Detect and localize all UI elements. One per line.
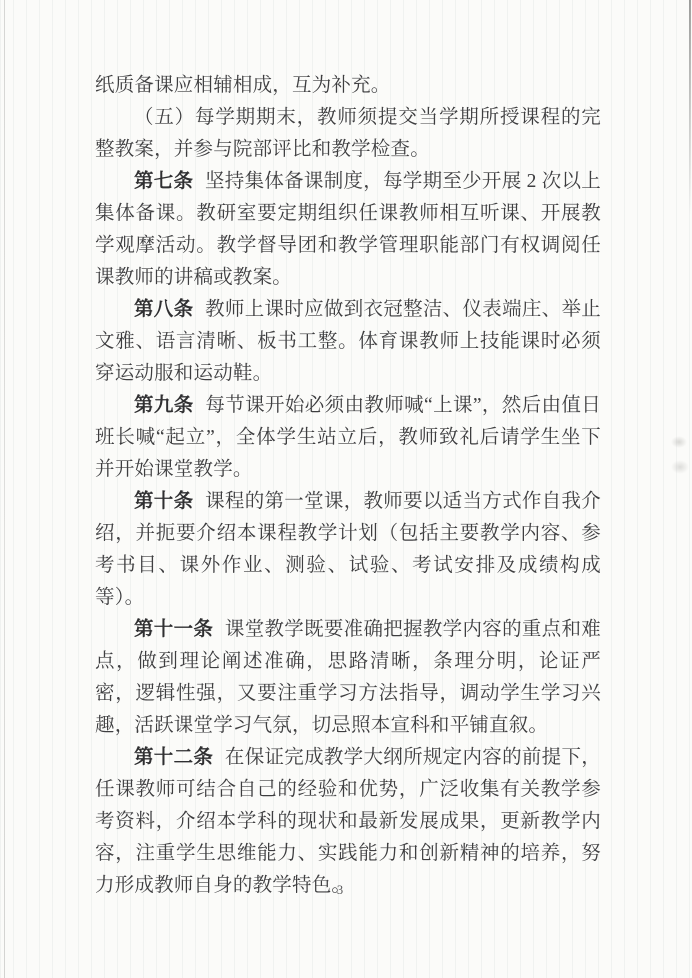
article-number: 第七条	[134, 171, 193, 192]
article-number: 第十二条	[134, 747, 213, 768]
paragraph: （五）每学期期末，教师须提交当学期所授课程的完整教案，并参与院部评比和教学检查。	[95, 102, 601, 166]
paragraph-text: （五）每学期期末，教师须提交当学期所授课程的完整教案，并参与院部评比和教学检查。	[95, 107, 601, 160]
scan-smudge	[671, 436, 687, 448]
paragraph: 第十条课程的第一堂课，教师要以适当方式作自我介绍，并扼要介绍本课程教学计划（包括…	[95, 486, 601, 614]
paragraph: 第九条每节课开始必须由教师喊“上课”，然后由值日班长喊“起立”，全体学生站立后，…	[95, 390, 601, 486]
paragraph: 第八条教师上课时应做到衣冠整洁、仪表端庄、举止文雅、语言清晰、板书工整。体育课教…	[95, 294, 601, 390]
article-number: 第十一条	[134, 619, 213, 640]
paragraph: 第七条坚持集体备课制度，每学期至少开展 2 次以上集体备课。教研室要定期组织任课…	[95, 166, 601, 294]
page-number: 3	[95, 883, 585, 898]
scan-right-edge-artifact	[689, 0, 691, 215]
article-number: 第八条	[134, 299, 193, 320]
scan-smudge	[671, 460, 689, 474]
article-number: 第十条	[134, 491, 193, 512]
paragraph-text: 纸质备课应相辅相成，互为补充。	[95, 75, 391, 96]
scanned-document-page: 纸质备课应相辅相成，互为补充。（五）每学期期末，教师须提交当学期所授课程的完整教…	[0, 0, 692, 978]
paragraph: 第十一条课堂教学既要准确把握教学内容的重点和难点，做到理论阐述准确，思路清晰，条…	[95, 614, 601, 742]
paragraph-text: 在保证完成教学大纲所规定内容的前提下，任课教师可结合自己的经验和优势，广泛收集有…	[95, 747, 601, 896]
article-number: 第九条	[134, 395, 194, 416]
document-body: 纸质备课应相辅相成，互为补充。（五）每学期期末，教师须提交当学期所授课程的完整教…	[95, 70, 601, 902]
paragraph: 第十二条在保证完成教学大纲所规定内容的前提下，任课教师可结合自己的经验和优势，广…	[95, 742, 601, 902]
paragraph: 纸质备课应相辅相成，互为补充。	[95, 70, 601, 102]
scan-left-edge-shadow	[4, 0, 5, 978]
